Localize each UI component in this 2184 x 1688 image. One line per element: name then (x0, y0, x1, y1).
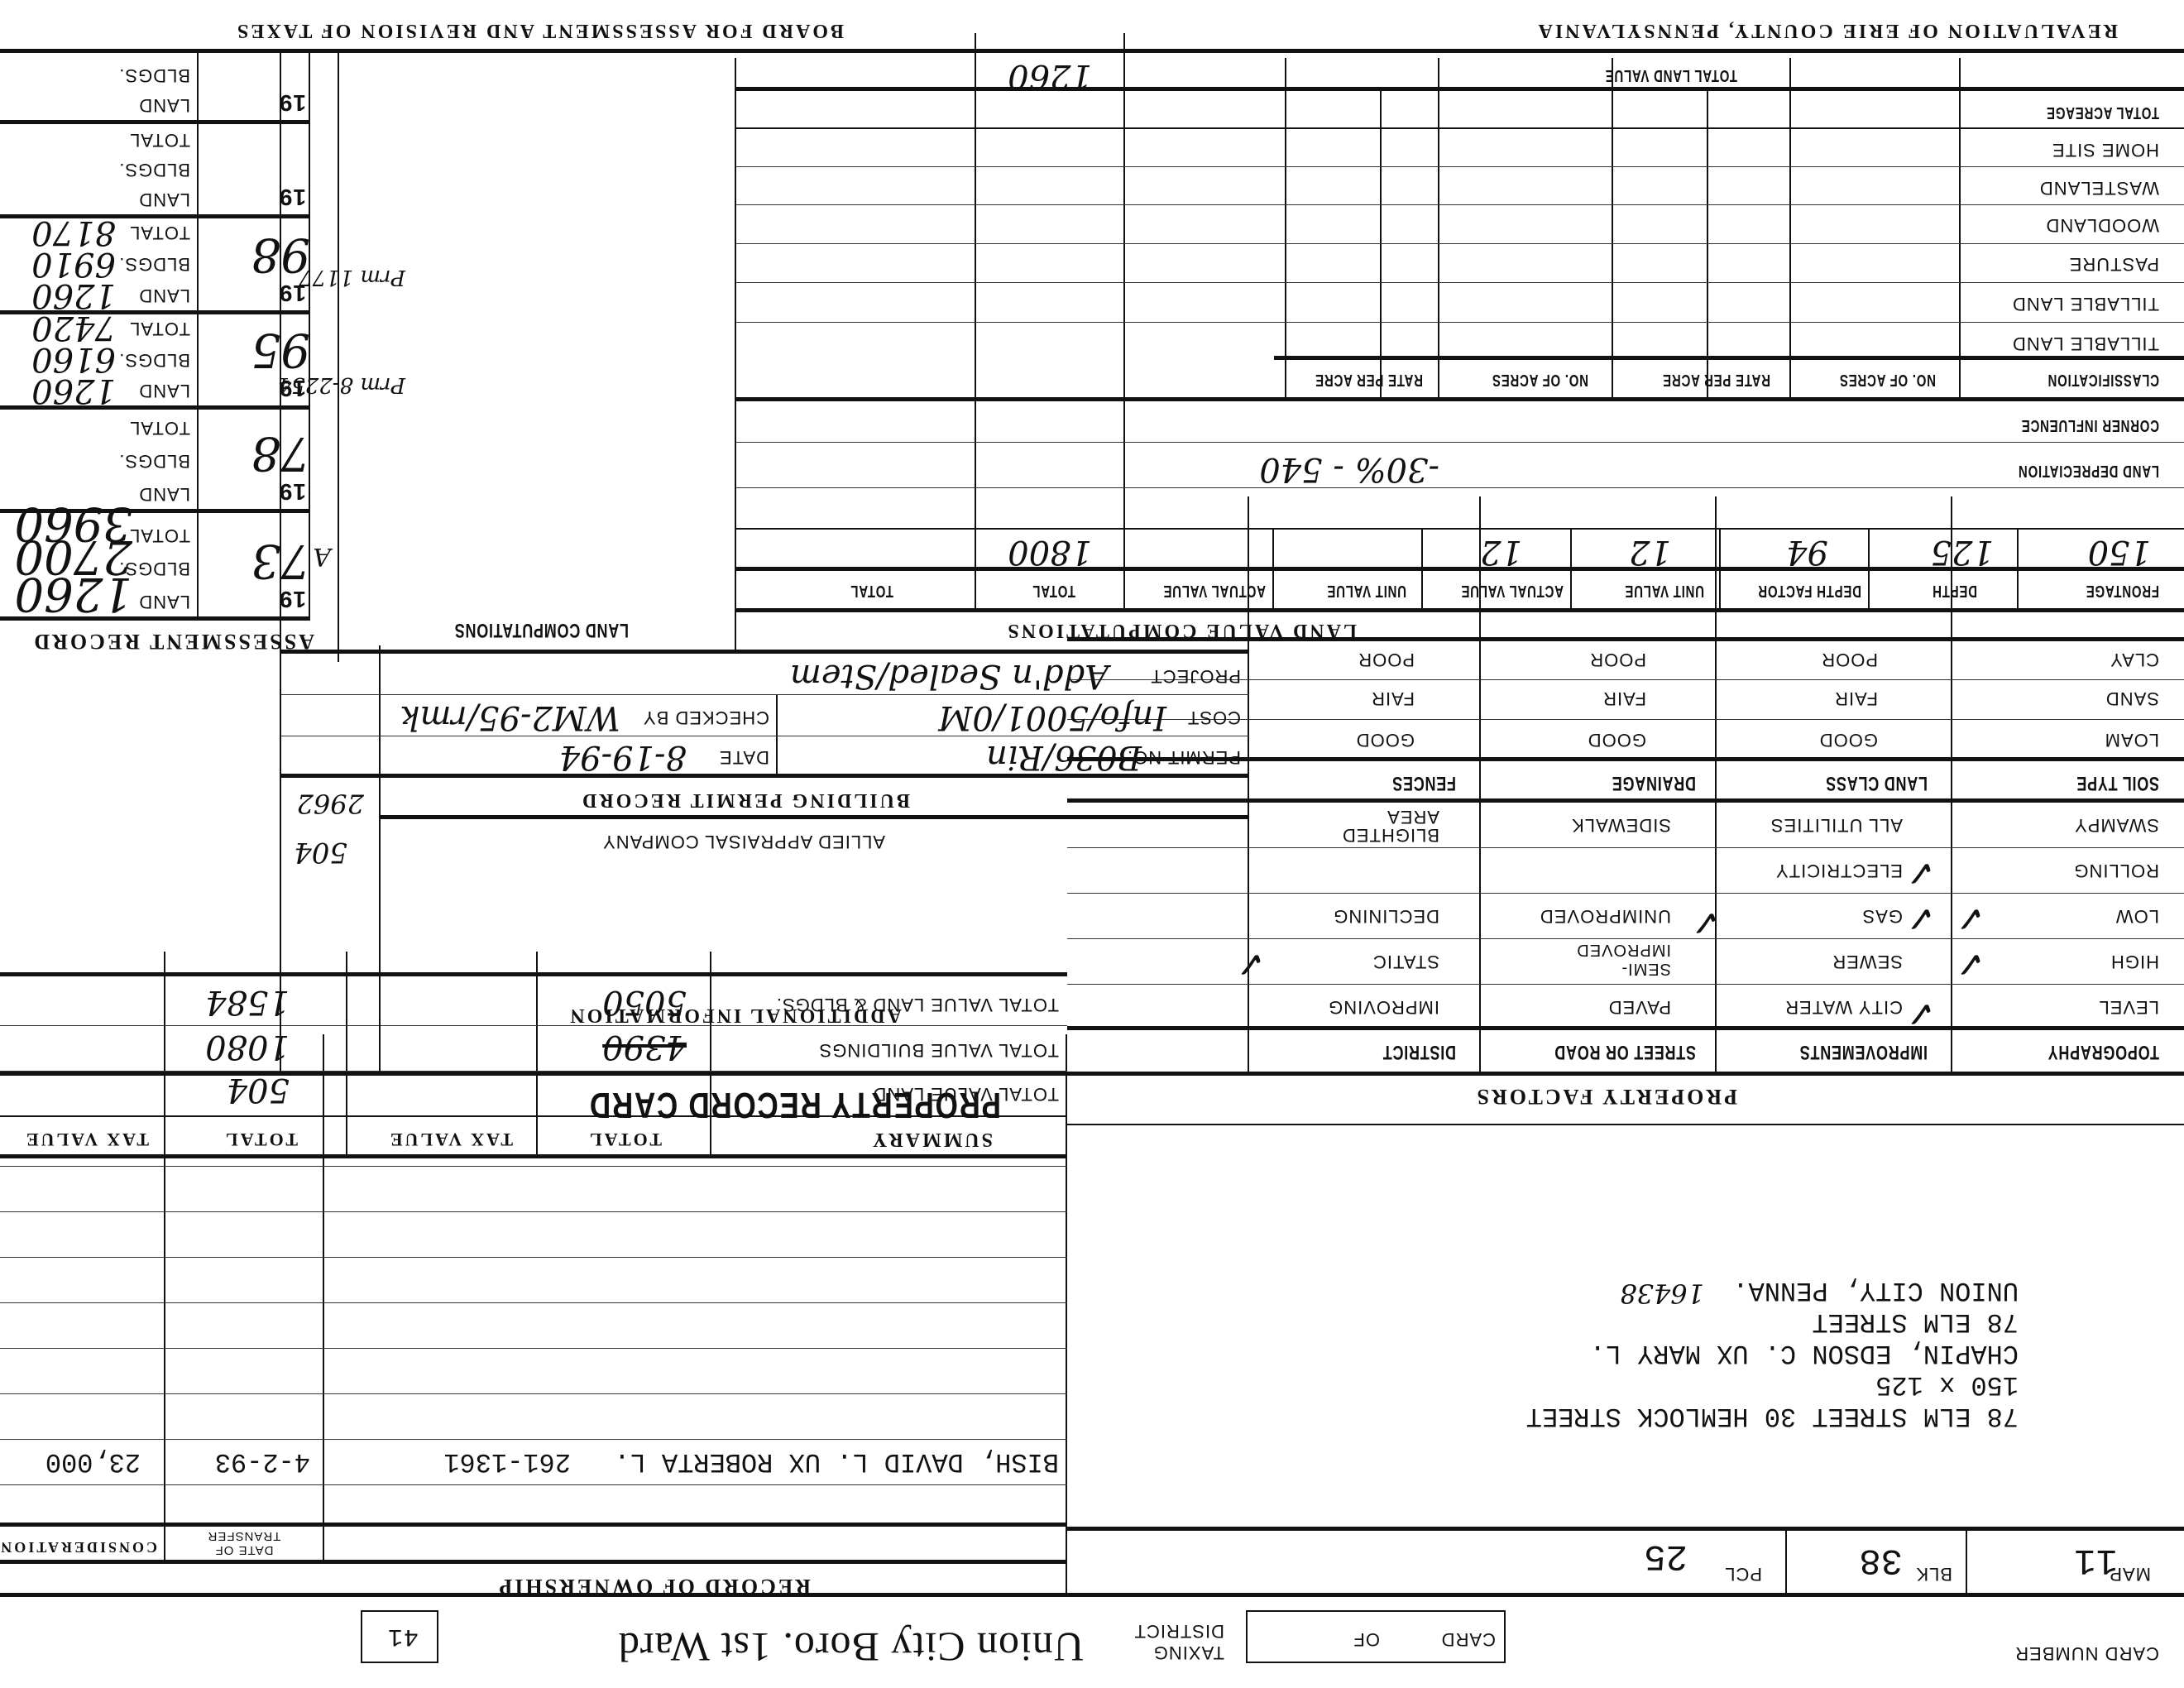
land-total-value: 1800 (1008, 533, 1092, 571)
permit-number: B036/Rin (986, 738, 1142, 776)
district-code-box: 41 (361, 1610, 438, 1663)
pcl-value: 25 (1644, 1535, 1688, 1576)
year-1978: 78 (251, 426, 310, 480)
assess-1973-total: 3960 (14, 496, 132, 550)
check-electricity[interactable]: ✓ (1905, 851, 1936, 894)
appraisal-company: ALLIED APPRAISAL COMPANY (602, 831, 885, 852)
transfer-date: 4-2-93 (215, 1446, 310, 1477)
land-computations-label: LAND COMPUTATIONS (454, 618, 629, 641)
check-city-water[interactable]: ✓ (1905, 992, 1936, 1034)
year-1973: 73 (251, 534, 310, 587)
total-land-value: 1260 (1008, 57, 1092, 95)
ownership-title: RECORD OF OWNERSHIP (496, 1574, 811, 1599)
year-1995: 95 (251, 323, 310, 376)
frontage-value: 150 (2088, 533, 2151, 571)
check-static[interactable]: ✓ (1235, 942, 1266, 985)
card-of-box: CARD OF (1246, 1610, 1506, 1663)
check-high[interactable]: ✓ (1955, 942, 1985, 985)
consideration-header: CONSIDERATION (0, 1538, 157, 1556)
permit-date: 8-19-94 (559, 738, 687, 776)
permit-side-note: 2962 (297, 788, 364, 819)
property-record-card: REVALUATION OF ERIE COUNTY, PENNSYLVANIA… (0, 0, 2184, 1688)
map-value: 11 (2074, 1539, 2118, 1580)
owner-name: BISH, DAVID L. UX ROBERTA L. (614, 1446, 1059, 1477)
consideration-value: 23,000 (45, 1446, 141, 1477)
blk-value: 38 (1859, 1539, 1903, 1580)
zip-code: 16438 (1620, 1278, 1704, 1309)
check-gas[interactable]: ✓ (1905, 897, 1936, 939)
appraisal-side-value: 504 (294, 836, 347, 869)
land-depreciation-value: -30% - 540 (1259, 450, 1439, 488)
unit-value: 12 (1629, 533, 1671, 571)
property-factors-title: PROPERTY FACTORS (1475, 1084, 1737, 1109)
permit-cost: Info/5001/0M (938, 698, 1166, 736)
permit-project: Add'n Sealed/Stem (790, 657, 1109, 695)
check-unimproved[interactable]: ✓ (1690, 901, 1721, 943)
summary-land-tax: 504 (227, 1071, 290, 1109)
county-title: REVALUATION OF ERIE COUNTY, PENNSYLVANIA (1536, 19, 2118, 41)
summary-total-tax: 1584 (205, 983, 290, 1021)
taxing-district-value: Union City Boro. 1st Ward (618, 1623, 1084, 1671)
permit-checked-by: WM2-95/rmk (400, 698, 620, 736)
check-low[interactable]: ✓ (1955, 897, 1985, 939)
summary-title: SUMMARY (870, 1128, 993, 1150)
deed-ref: 261-1361 (443, 1446, 571, 1477)
card-number-label: CARD NUMBER (2014, 1643, 2159, 1663)
depth-value: 125 (1931, 533, 1994, 571)
assess-1998-total: 8170 (31, 213, 116, 252)
land-value-title: LAND VALUE COMPUTATIONS (1005, 619, 1357, 641)
transfer-header: DATE OF TRANSFER (182, 1529, 306, 1557)
card-title: PROPERTY RECORD CARD (588, 1084, 1001, 1125)
summary-bldg-total: 4390 (602, 1028, 687, 1066)
additional-info-title: ADDITIONAL INFORMATION (568, 1004, 902, 1026)
summary-bldg-tax: 1080 (205, 1028, 290, 1066)
actual-value: 12 (1480, 533, 1522, 571)
depth-factor-value: 94 (1786, 533, 1828, 571)
board-title: BOARD FOR ASSESSMENT AND REVISION OF TAX… (235, 19, 844, 41)
building-permit-title: BUILDING PERMIT RECORD (580, 789, 910, 811)
taxing-district-label: TAXING DISTRICT (1133, 1620, 1224, 1663)
assessment-title: ASSESSMENT RECORD (31, 629, 314, 654)
